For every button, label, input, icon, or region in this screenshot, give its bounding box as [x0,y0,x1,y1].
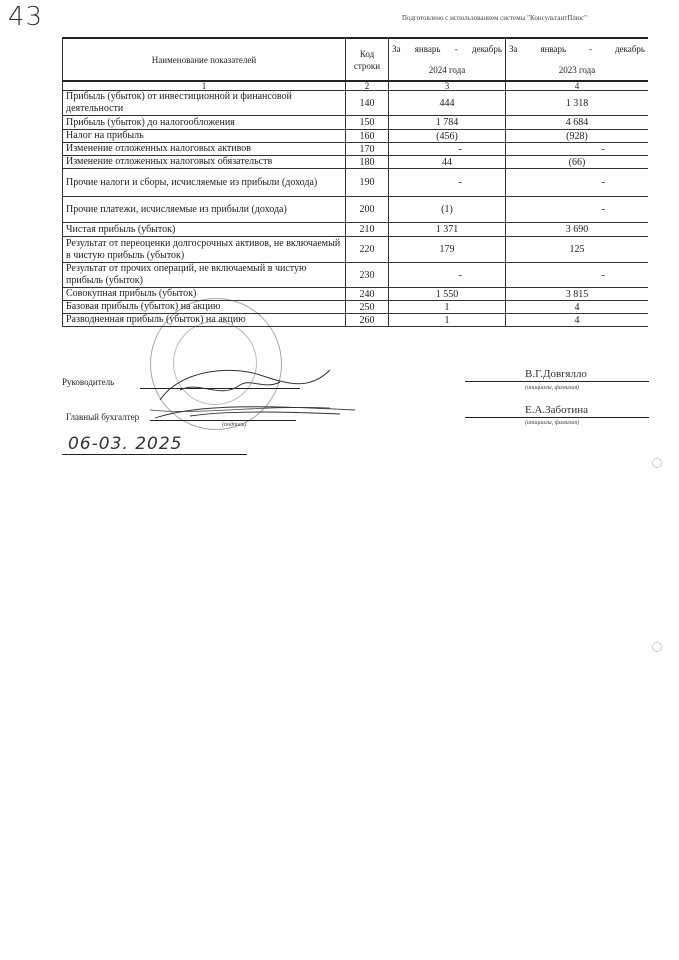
row-code: 170 [346,143,389,156]
table-row: Прочие платежи, исчисляемые из прибыли (… [63,197,649,223]
table-row: Результат от прочих операций, не включае… [63,263,649,288]
chief-accountant-sign-caption: (подпись) [222,422,246,428]
column-numbers-row: 1 2 3 4 [63,81,649,91]
row-name: Чистая прибыль (убыток) [63,223,346,237]
table-row: Базовая прибыль (убыток) на акцию25014 [63,301,649,314]
row-value-2024: 179 [389,237,506,263]
row-code: 220 [346,237,389,263]
row-value-2024: - [389,169,506,197]
row-name: Изменение отложенных налоговых обязатель… [63,156,346,169]
row-value-2024: 1 784 [389,116,506,130]
row-value-2023: 4 684 [506,116,649,130]
row-value-2023: 4 [506,314,649,327]
row-value-2023: 1 318 [506,91,649,116]
page-number: 43 [8,2,43,32]
row-name: Прибыль (убыток) до налогообложения [63,116,346,130]
table-row: Разводненная прибыль (убыток) на акцию26… [63,314,649,327]
table-row: Результат от переоценки долгосрочных акт… [63,237,649,263]
handwritten-date: 06-03. 2025 [68,434,182,454]
table-row: Совокупная прибыль (убыток)2401 5503 815 [63,288,649,301]
row-value-2023: 4 [506,301,649,314]
scan-mark [652,458,662,468]
head-name: В.Г.Довгялло [525,368,587,380]
head-name-line [465,381,649,382]
row-value-2023: (66) [506,156,649,169]
row-value-2024: (1) [389,197,506,223]
table-row: Чистая прибыль (убыток)2101 3713 690 [63,223,649,237]
row-code: 240 [346,288,389,301]
row-value-2024: - [389,143,506,156]
row-value-2024: 1 371 [389,223,506,237]
row-value-2023: - [506,263,649,288]
table-row: Изменение отложенных налоговых активов17… [63,143,649,156]
row-value-2024: (456) [389,130,506,143]
row-code: 160 [346,130,389,143]
row-code: 190 [346,169,389,197]
prepared-note: Подготовлено с использованием системы "К… [402,14,587,22]
row-value-2024: 444 [389,91,506,116]
row-name: Изменение отложенных налоговых активов [63,143,346,156]
row-code: 230 [346,263,389,288]
header-code: Код строки [346,38,389,81]
row-code: 140 [346,91,389,116]
chief-accountant-name-caption: (инициалы, фамилия) [525,420,579,426]
row-value-2024: 1 [389,301,506,314]
chief-accountant-signature-icon [150,398,360,428]
financial-report-table: Наименование показателей Код строки Заян… [62,37,648,327]
header-name: Наименование показателей [63,38,346,81]
row-code: 250 [346,301,389,314]
row-name: Результат от переоценки долгосрочных акт… [63,237,346,263]
row-code: 200 [346,197,389,223]
table-row: Изменение отложенных налоговых обязатель… [63,156,649,169]
chief-accountant-name: Е.А.Заботина [525,404,588,416]
row-value-2023: - [506,197,649,223]
table-row: Прочие налоги и сборы, исчисляемые из пр… [63,169,649,197]
row-value-2024: - [389,263,506,288]
row-name: Налог на прибыль [63,130,346,143]
row-code: 210 [346,223,389,237]
date-line [62,454,247,455]
row-value-2023: - [506,143,649,156]
row-code: 150 [346,116,389,130]
header-period-2023: Заянварь-декабрь 2023 года [506,38,649,81]
row-value-2023: 125 [506,237,649,263]
row-name: Прибыль (убыток) от инвестиционной и фин… [63,91,346,116]
row-name: Результат от прочих операций, не включае… [63,263,346,288]
table-row: Прибыль (убыток) от инвестиционной и фин… [63,91,649,116]
chief-accountant-label: Главный бухгалтер [66,412,139,422]
row-code: 180 [346,156,389,169]
row-name: Прочие налоги и сборы, исчисляемые из пр… [63,169,346,197]
row-value-2024: 1 550 [389,288,506,301]
row-name: Прочие платежи, исчисляемые из прибыли (… [63,197,346,223]
scan-mark [652,642,662,652]
chief-accountant-name-line [465,417,649,418]
row-value-2023: - [506,169,649,197]
head-label: Руководитель [62,377,114,387]
row-value-2023: (928) [506,130,649,143]
table-row: Прибыль (убыток) до налогообложения1501 … [63,116,649,130]
row-code: 260 [346,314,389,327]
row-value-2023: 3 690 [506,223,649,237]
row-value-2024: 1 [389,314,506,327]
header-period-2024: Заянварь-декабрь 2024 года [389,38,506,81]
head-name-caption: (инициалы, фамилия) [525,385,579,391]
table-row: Налог на прибыль160(456)(928) [63,130,649,143]
row-value-2023: 3 815 [506,288,649,301]
row-value-2024: 44 [389,156,506,169]
